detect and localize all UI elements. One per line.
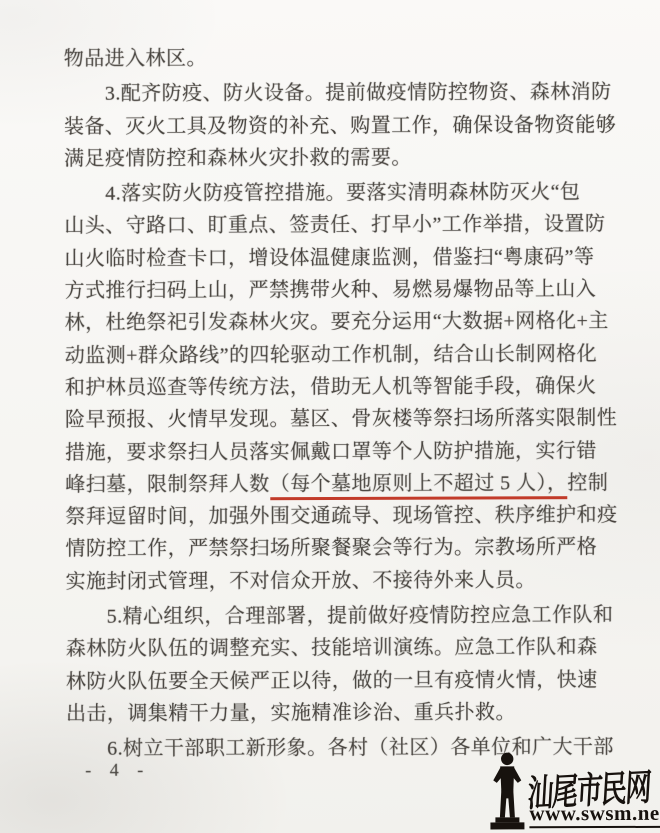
- document-line: 林防火队伍要全天候严正以待，做的一旦有疫情火情，快速: [66, 664, 600, 698]
- document-line: 方式推行扫码上山，严禁携带火种、易燃易爆物品等上山入: [65, 273, 599, 307]
- document-line: 山头、守路口、盯重点、签责任、打早小”工作举措，设置防: [64, 209, 598, 243]
- scanned-document-page: 物品进入林区。3.配齐防疫、防火设备。提前做疫情防控物资、森林消防装备、灭火工具…: [0, 0, 660, 833]
- document-line: 出击，调集精干力量，实施精准诊治、重兵扑救。: [66, 696, 600, 730]
- person-silhouette-icon: [487, 751, 527, 831]
- document-line: 情防控工作，严禁祭扫场所聚餐聚会等行为。宗教场所严格: [65, 532, 599, 566]
- document-line: 林，杜绝祭祀引发森林火灾。要充分运用“大数据+网格化+主: [65, 305, 599, 339]
- text-segment: 3.配齐防疫、防火设备。提前做疫情防控物资、森林消防: [105, 81, 612, 105]
- text-segment: 情防控工作，严禁祭扫场所聚餐聚会等行为。宗教场所严格: [65, 537, 597, 561]
- document-line: 3.配齐防疫、防火设备。提前做疫情防控物资、森林消防: [64, 76, 598, 110]
- text-segment: 山头、守路口、盯重点、签责任、打早小”工作举措，设置防: [64, 214, 605, 238]
- text-segment: 满足疫情防控和森林火灾扑救的需要。: [64, 147, 412, 170]
- text-segment: 实施封闭式管理，不对信众开放、不接待外来人员。: [66, 569, 536, 593]
- document-line: 森林防火队伍的调整充实、技能培训演练。应急工作队和森: [66, 631, 600, 665]
- document-line: 动监测+群众路线”的四轮驱动工作机制，结合山长制网格化: [65, 338, 599, 372]
- text-segment: 措施，要求祭扫人员落实佩戴口罩等个人防护措施，实行错: [65, 440, 597, 464]
- page-number: - 4 -: [85, 760, 150, 781]
- text-segment: 4.落实防火防疫管控措施。要落实清明森林防灭火“包: [105, 181, 580, 205]
- text-segment: 林，杜绝祭祀引发森林火灾。要充分运用“大数据+网格化+主: [65, 310, 609, 334]
- document-line: 装备、灭火工具及物资的补充、购置工作，确保设备物资能够: [64, 109, 598, 143]
- text-segment: 方式推行扫码上山，严禁携带火种、易燃易爆物品等上山入: [65, 278, 597, 302]
- document-line: 4.落实防火防疫管控措施。要落实清明森林防灭火“包: [64, 176, 598, 210]
- text-segment: 险早预报、火情早发现。墓区、骨灰楼等祭扫场所落实限制性: [65, 407, 617, 431]
- text-segment: 和护林员巡查等传统方法，借助无人机等智能手段，确保火: [65, 375, 597, 399]
- text-segment: 山火临时检查卡口，增设体温健康监测，借鉴扫“粤康码”等: [64, 246, 594, 270]
- document-line: 5.精心组织，合理部署，提前做好疫情防控应急工作队和: [66, 599, 600, 633]
- text-segment: 物品进入林区。: [64, 47, 207, 69]
- red-underlined-phrase: （每个墓地原则上不超过 5 人），: [270, 472, 568, 500]
- text-segment: 5.精心组织，合理部署，提前做好疫情防控应急工作队和: [107, 604, 614, 628]
- text-segment: 装备、灭火工具及物资的补充、购置工作，确保设备物资能够: [64, 114, 616, 138]
- document-line: 物品进入林区。: [64, 41, 598, 75]
- text-segment: 出击，调集精干力量，实施精准诊治、重兵扑救。: [66, 701, 516, 725]
- text-segment: 峰扫墓，限制祭拜人数: [65, 473, 270, 496]
- document-line: 满足疫情防控和森林火灾扑救的需要。: [64, 141, 598, 175]
- document-line: 和护林员巡查等传统方法，借助无人机等智能手段，确保火: [65, 370, 599, 404]
- text-segment: 林防火队伍要全天候严正以待，做的一旦有疫情火情，快速: [66, 669, 598, 693]
- text-segment: 森林防火队伍的调整充实、技能培训演练。应急工作队和森: [66, 636, 598, 660]
- text-segment: 控制: [567, 472, 608, 494]
- text-segment: 祭拜逗留时间，加强外围交通疏导、现场管控、秩序维护和疫: [65, 504, 617, 528]
- document-body-text: 物品进入林区。3.配齐防疫、防火设备。提前做疫情防控物资、森林消防装备、灭火工具…: [64, 41, 601, 765]
- site-watermark: 汕尾市民网 www.swsm.net: [485, 749, 660, 833]
- document-line: 祭拜逗留时间，加强外围交通疏导、现场管控、秩序维护和疫: [65, 499, 599, 533]
- document-line: 实施封闭式管理，不对信众开放、不接待外来人员。: [66, 564, 600, 598]
- text-segment: 动监测+群众路线”的四轮驱动工作机制，结合山长制网格化: [65, 343, 597, 367]
- document-line: 险早预报、火情早发现。墓区、骨灰楼等祭扫场所落实限制性: [65, 402, 599, 436]
- watermark-site-url: www.swsm.net: [529, 801, 660, 828]
- document-line: 峰扫墓，限制祭拜人数（每个墓地原则上不超过 5 人），控制: [65, 467, 599, 501]
- document-line: 山火临时检查卡口，增设体温健康监测，借鉴扫“粤康码”等: [64, 241, 598, 275]
- document-line: 措施，要求祭扫人员落实佩戴口罩等个人防护措施，实行错: [65, 435, 599, 469]
